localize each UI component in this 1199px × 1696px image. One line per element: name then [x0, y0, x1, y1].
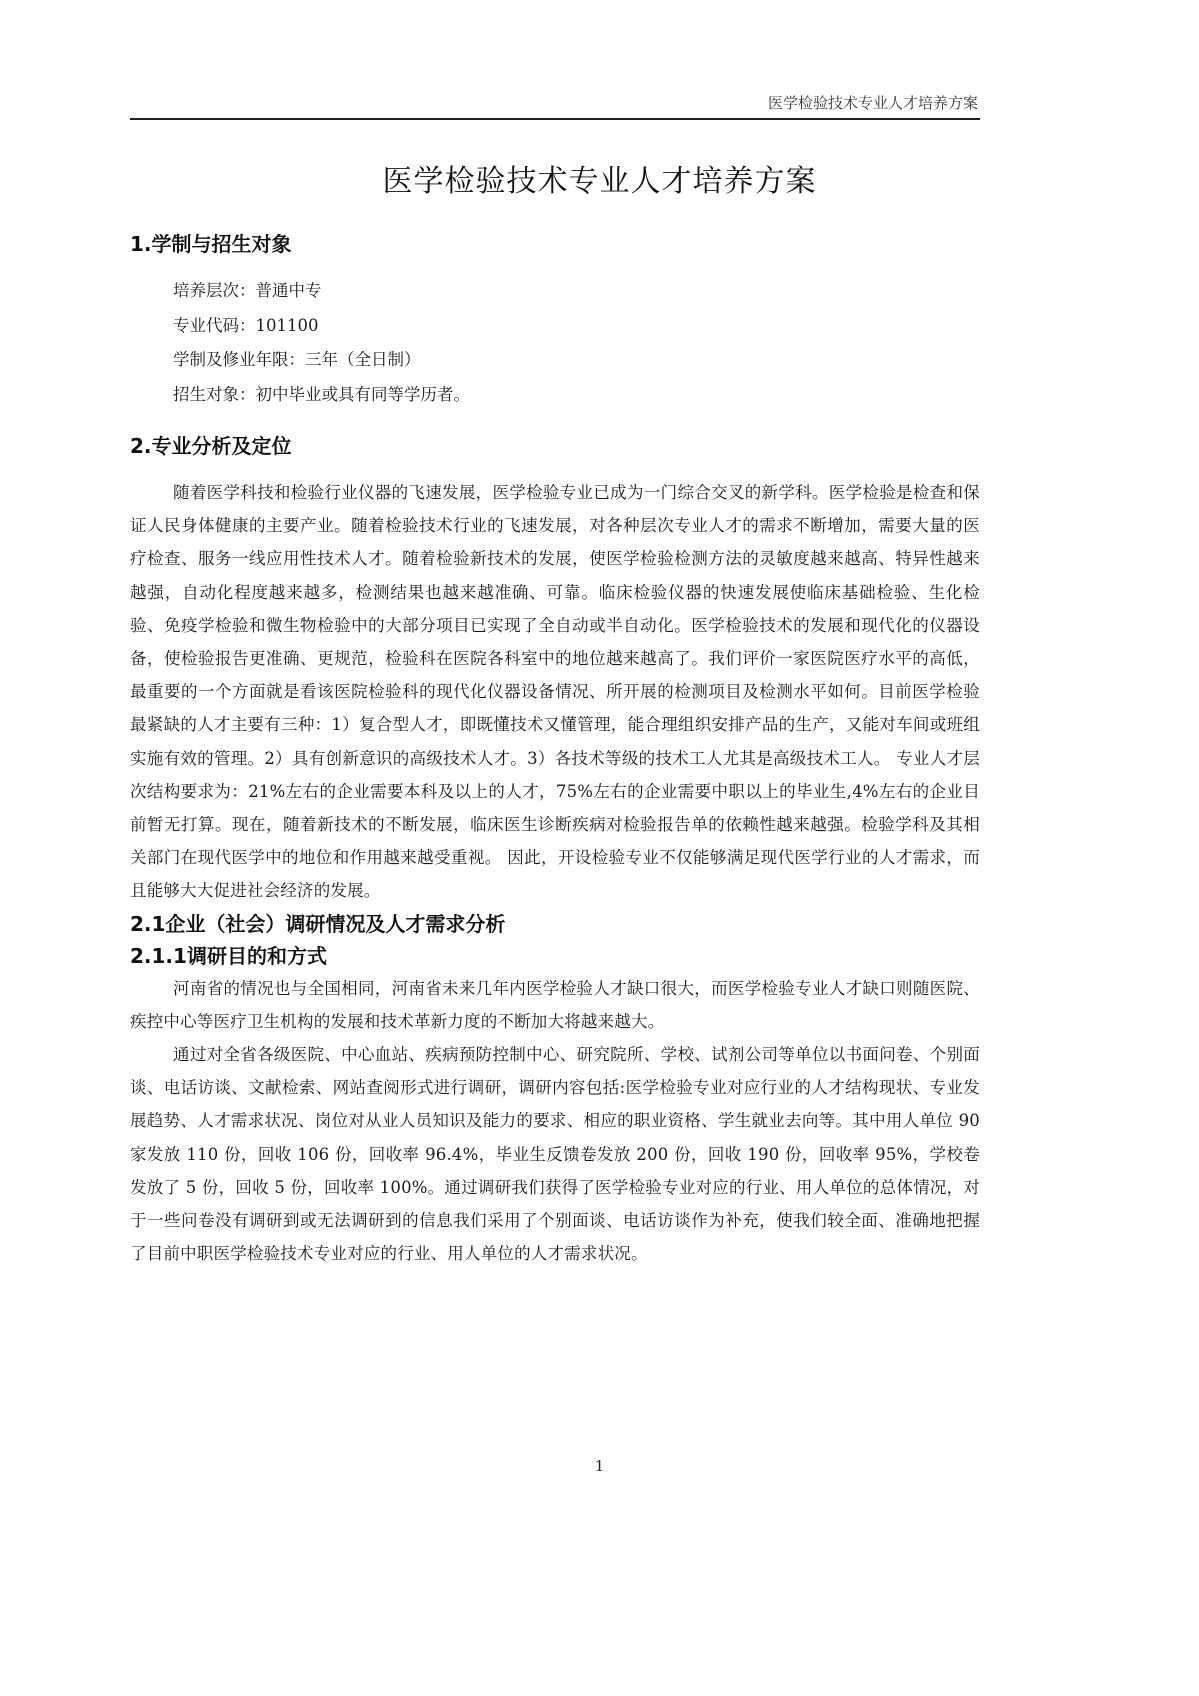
section-heading-2: 2.专业分析及定位 [130, 424, 980, 468]
running-header: 医学检验技术专业人才培养方案 [130, 88, 980, 120]
document-title: 医学检验技术专业人才培养方案 [0, 156, 1199, 200]
document-body: 1.学制与招生对象 培养层次：普通中专 专业代码：101100 学制及修业年限：… [130, 222, 980, 1270]
field-enrollment-target: 招生对象：初中毕业或具有同等学历者。 [130, 378, 980, 413]
section-heading-2-1-1: 2.1.1调研目的和方式 [130, 940, 980, 972]
running-header-title: 医学检验技术专业人才培养方案 [768, 92, 978, 113]
field-training-level: 培养层次：普通中专 [130, 274, 980, 309]
paragraph-henan-situation: 河南省的情况也与全国相同，河南省未来几年内医学检验人才缺口很大，而医学检验专业人… [130, 972, 980, 1038]
paragraph-major-analysis: 随着医学科技和检验行业仪器的飞速发展，医学检验专业已成为一门综合交叉的新学科。医… [130, 476, 980, 908]
field-duration: 学制及修业年限：三年（全日制） [130, 343, 980, 378]
section-heading-1: 1.学制与招生对象 [130, 222, 980, 266]
section-heading-2-1: 2.1企业（社会）调研情况及人才需求分析 [130, 908, 980, 940]
field-major-code: 专业代码：101100 [130, 309, 980, 344]
page-number: 1 [0, 1457, 1199, 1475]
paragraph-survey-method: 通过对全省各级医院、中心血站、疾病预防控制中心、研究院所、学校、试剂公司等单位以… [130, 1038, 980, 1270]
